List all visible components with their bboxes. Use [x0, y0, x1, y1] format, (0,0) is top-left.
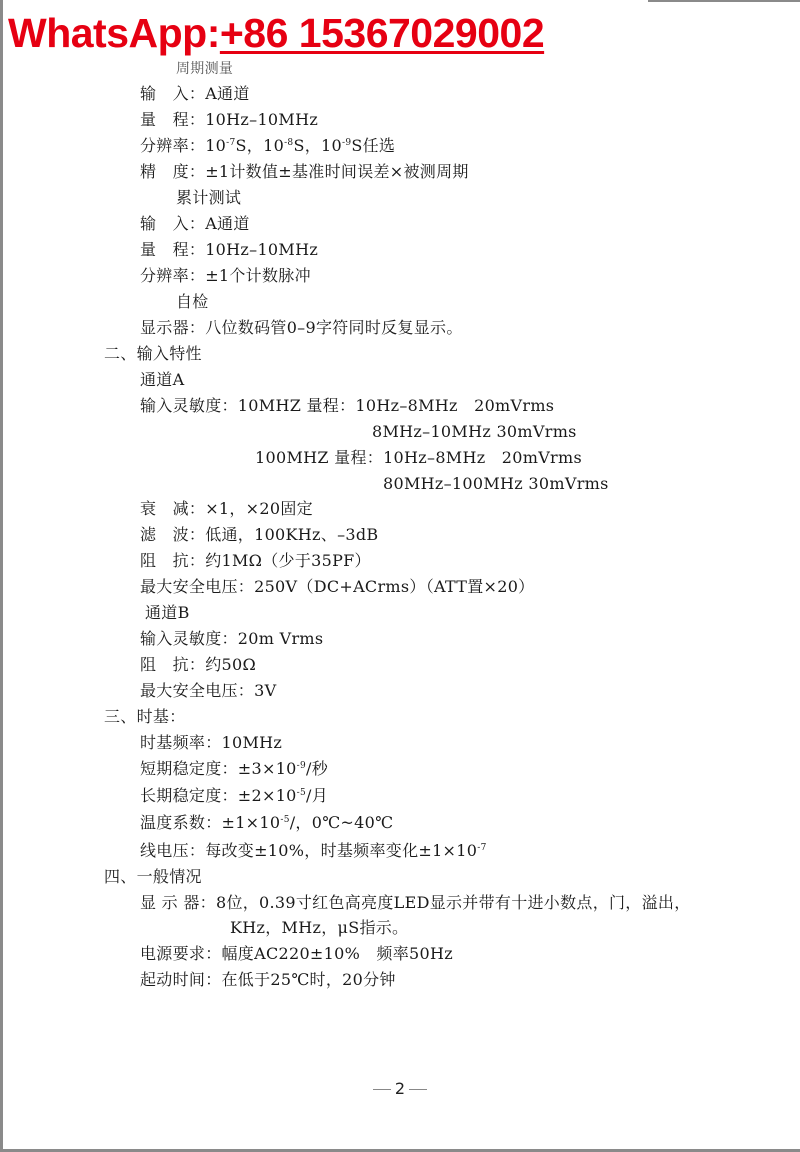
timebase-temperature-coefficient: 温度系数：±1×10-5/，0℃~40℃: [140, 812, 393, 834]
channel-b-max-voltage: 最大安全电压：3V: [140, 680, 276, 702]
timebase-short-term: 短期稳定度：±3×10-9/秒: [140, 758, 328, 780]
channel-a-title: 通道A: [140, 369, 184, 391]
channel-b-impedance: 阻 抗：约50Ω: [140, 654, 256, 676]
channel-b-sensitivity: 输入灵敏度：20m Vrms: [140, 628, 323, 650]
period-range: 量 程：10Hz–10MHz: [140, 109, 318, 131]
whatsapp-watermark: WhatsApp:+86 15367029002: [8, 8, 544, 58]
channel-a-attenuation: 衰 减：×1，×20固定: [140, 498, 313, 520]
general-power: 电源要求：幅度AC220±10% 频率50Hz: [140, 943, 453, 965]
selfcheck-display: 显示器：八位数码管0–9字符同时反复显示。: [140, 317, 463, 339]
heading-general: 四、一般情况: [104, 866, 202, 888]
timebase-frequency: 时基频率：10MHz: [140, 732, 282, 754]
dash-right: [409, 1089, 427, 1090]
channel-a-sensitivity-100mhz-1: 100MHZ 量程：10Hz–8MHz 20mVrms: [255, 447, 582, 469]
totalize-range: 量 程：10Hz–10MHz: [140, 239, 318, 261]
general-display-2: KHz，MHz，μS指示。: [230, 917, 408, 939]
watermark-phone[interactable]: +86 15367029002: [220, 10, 544, 56]
period-accuracy: 精 度：±1计数值±基准时间误差×被测周期: [140, 161, 469, 183]
section-title-period: 周期测量: [176, 58, 233, 80]
channel-b-title: 通道B: [145, 602, 190, 624]
page-number: 2: [0, 1079, 800, 1098]
totalize-input: 输 入：A通道: [140, 213, 250, 235]
period-input: 输 入：A通道: [140, 83, 250, 105]
channel-a-max-voltage: 最大安全电压：250V（DC+ACrms）（ATT置×20）: [140, 576, 534, 598]
watermark-label: WhatsApp:: [8, 10, 220, 56]
period-resolution: 分辨率：10-7S，10-8S，10-9S任选: [140, 135, 395, 157]
section-title-totalize: 累计测试: [176, 187, 241, 209]
channel-a-sensitivity-10mhz-1: 输入灵敏度：10MHZ 量程：10Hz–8MHz 20mVrms: [140, 395, 554, 417]
channel-a-sensitivity-100mhz-2: 80MHz–100MHz 30mVrms: [383, 473, 609, 495]
page-number-value: 2: [395, 1079, 405, 1098]
general-display-1: 显 示 器：8位，0.39寸红色高亮度LED显示并带有十进小数点，门，溢出，: [140, 892, 691, 914]
top-rule: [648, 0, 800, 2]
section-title-selfcheck: 自检: [176, 291, 209, 313]
channel-a-filter: 滤 波：低通，100KHz、–3dB: [140, 524, 378, 546]
heading-input-characteristics: 二、输入特性: [104, 343, 202, 365]
timebase-line-voltage: 线电压：每改变±10%，时基频率变化±1×10-7: [140, 840, 487, 862]
totalize-resolution: 分辨率：±1个计数脉冲: [140, 265, 311, 287]
dash-left: [373, 1089, 391, 1090]
timebase-long-term: 长期稳定度：±2×10-5/月: [140, 785, 328, 807]
general-warmup: 起动时间：在低于25℃时，20分钟: [140, 969, 396, 991]
channel-a-impedance: 阻 抗：约1MΩ（少于35PF）: [140, 550, 371, 572]
heading-timebase: 三、时基：: [104, 706, 186, 728]
channel-a-sensitivity-10mhz-2: 8MHz–10MHz 30mVrms: [372, 421, 577, 443]
